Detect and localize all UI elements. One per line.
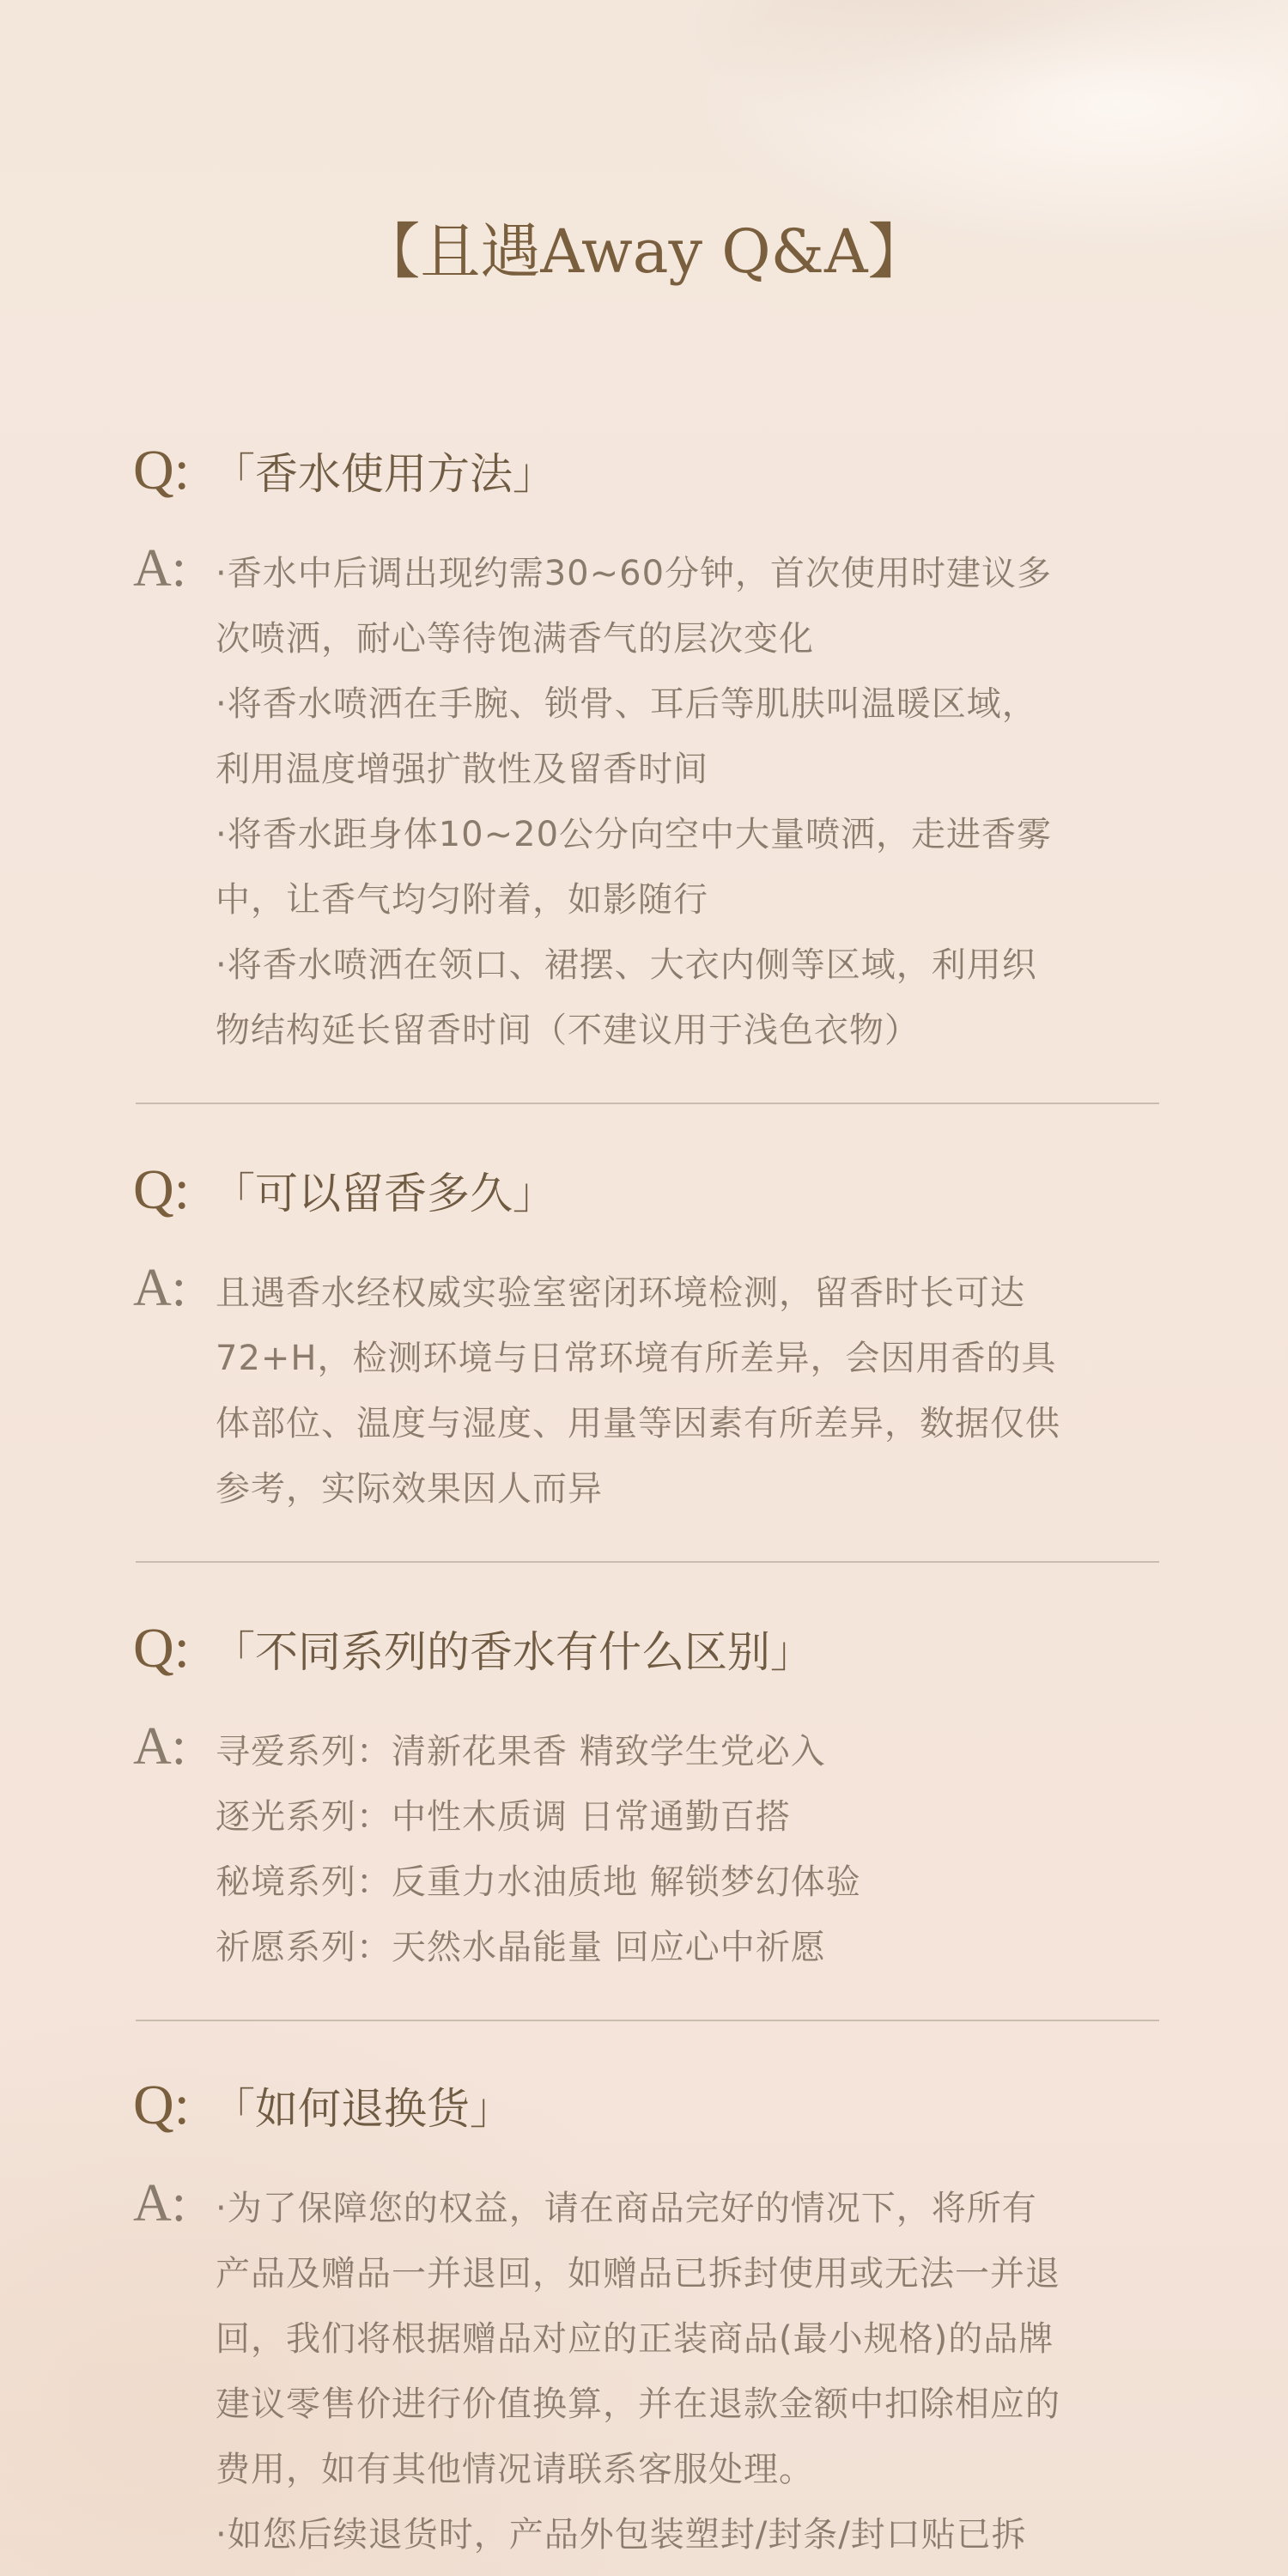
answer-line: ·为了保障您的权益，请在商品完好的情况下，将所有 [216, 2176, 1163, 2241]
answer-line: 中，让香气均匀附着，如影随行 [216, 867, 1163, 933]
answer-row: A: 寻爱系列：清新花果香 精致学生党必入 逐光系列：中性木质调 日常通勤百搭 … [133, 1719, 1163, 1980]
answer-line: ·香水中后调出现约需30~60分钟，首次使用时建议多 [216, 541, 1163, 606]
question-label: Q: [133, 438, 216, 503]
answer-label: A: [133, 1255, 216, 1321]
answer-row: A: ·香水中后调出现约需30~60分钟，首次使用时建议多 次喷洒，耐心等待饱满… [133, 541, 1163, 1063]
section-divider [136, 2020, 1159, 2021]
question-row: Q: 「如何退换货」 [133, 2073, 1163, 2142]
answer-body: ·香水中后调出现约需30~60分钟，首次使用时建议多 次喷洒，耐心等待饱满香气的… [216, 541, 1163, 1063]
question-row: Q: 「可以留香多久」 [133, 1157, 1163, 1226]
question-label: Q: [133, 1157, 216, 1223]
question-row: Q: 「不同系列的香水有什么区别」 [133, 1616, 1163, 1685]
answer-line: ·将香水喷洒在手腕、锁骨、耳后等肌肤叫温暖区域， [216, 671, 1163, 737]
question-text: 「如何退换货」 [212, 2075, 513, 2136]
qa-section-longevity: Q: 「可以留香多久」 A: 且遇香水经权威实验室密闭环境检测，留香时长可达 7… [133, 1157, 1163, 1522]
page-title: 【且遇Away Q&A】 [0, 213, 1288, 290]
answer-line: 72+H，检测环境与日常环境有所差异，会因用香的具 [216, 1326, 1163, 1391]
answer-line: 回，我们将根据赠品对应的正装商品(最小规格)的品牌 [216, 2306, 1163, 2372]
answer-body: ·为了保障您的权益，请在商品完好的情况下，将所有 产品及赠品一并退回，如赠品已拆… [216, 2176, 1163, 2567]
question-label: Q: [133, 2073, 216, 2138]
answer-line: 逐光系列：中性木质调 日常通勤百搭 [216, 1784, 1163, 1850]
answer-label: A: [133, 2171, 216, 2236]
answer-line: ·如您后续退货时，产品外包装塑封/封条/封口贴已拆 [216, 2502, 1163, 2567]
question-text: 「可以留香多久」 [212, 1159, 556, 1221]
answer-label: A: [133, 536, 216, 601]
section-divider [136, 1103, 1159, 1104]
answer-label: A: [133, 1714, 216, 1779]
question-text: 「不同系列的香水有什么区别」 [212, 1618, 813, 1680]
answer-line: 建议零售价进行价值换算，并在退款金额中扣除相应的 [216, 2372, 1163, 2437]
answer-line: 产品及赠品一并退回，如赠品已拆封使用或无法一并退 [216, 2241, 1163, 2306]
answer-line: 体部位、温度与湿度、用量等因素有所差异，数据仅供 [216, 1391, 1163, 1456]
question-label: Q: [133, 1616, 216, 1681]
answer-line: 祈愿系列：天然水晶能量 回应心中祈愿 [216, 1915, 1163, 1980]
qa-section-usage: Q: 「香水使用方法」 A: ·香水中后调出现约需30~60分钟，首次使用时建议… [133, 438, 1163, 1063]
answer-line: 秘境系列：反重力水油质地 解锁梦幻体验 [216, 1850, 1163, 1915]
section-divider [136, 1561, 1159, 1563]
qa-page: 【且遇Away Q&A】 Q: 「香水使用方法」 A: ·香水中后调出现约需30… [0, 0, 1288, 2576]
question-row: Q: 「香水使用方法」 [133, 438, 1163, 507]
answer-line: 且遇香水经权威实验室密闭环境检测，留香时长可达 [216, 1261, 1163, 1326]
answer-line: 费用，如有其他情况请联系客服处理。 [216, 2437, 1163, 2502]
answer-line: ·将香水距身体10~20公分向空中大量喷洒，走进香雾 [216, 802, 1163, 867]
qa-section-returns: Q: 「如何退换货」 A: ·为了保障您的权益，请在商品完好的情况下，将所有 产… [133, 2073, 1163, 2567]
answer-line: ·将香水喷洒在领口、裙摆、大衣内侧等区域，利用织 [216, 933, 1163, 998]
answer-line: 寻爱系列：清新花果香 精致学生党必入 [216, 1719, 1163, 1784]
qa-section-series: Q: 「不同系列的香水有什么区别」 A: 寻爱系列：清新花果香 精致学生党必入 … [133, 1616, 1163, 1980]
answer-line: 利用温度增强扩散性及留香时间 [216, 737, 1163, 802]
question-text: 「香水使用方法」 [212, 440, 556, 501]
answer-line: 次喷洒，耐心等待饱满香气的层次变化 [216, 606, 1163, 671]
answer-row: A: ·为了保障您的权益，请在商品完好的情况下，将所有 产品及赠品一并退回，如赠… [133, 2176, 1163, 2567]
answer-row: A: 且遇香水经权威实验室密闭环境检测，留香时长可达 72+H，检测环境与日常环… [133, 1261, 1163, 1522]
answer-line: 参考，实际效果因人而异 [216, 1456, 1163, 1522]
answer-body: 寻爱系列：清新花果香 精致学生党必入 逐光系列：中性木质调 日常通勤百搭 秘境系… [216, 1719, 1163, 1980]
answer-body: 且遇香水经权威实验室密闭环境检测，留香时长可达 72+H，检测环境与日常环境有所… [216, 1261, 1163, 1522]
answer-line: 物结构延长留香时间（不建议用于浅色衣物） [216, 998, 1163, 1063]
